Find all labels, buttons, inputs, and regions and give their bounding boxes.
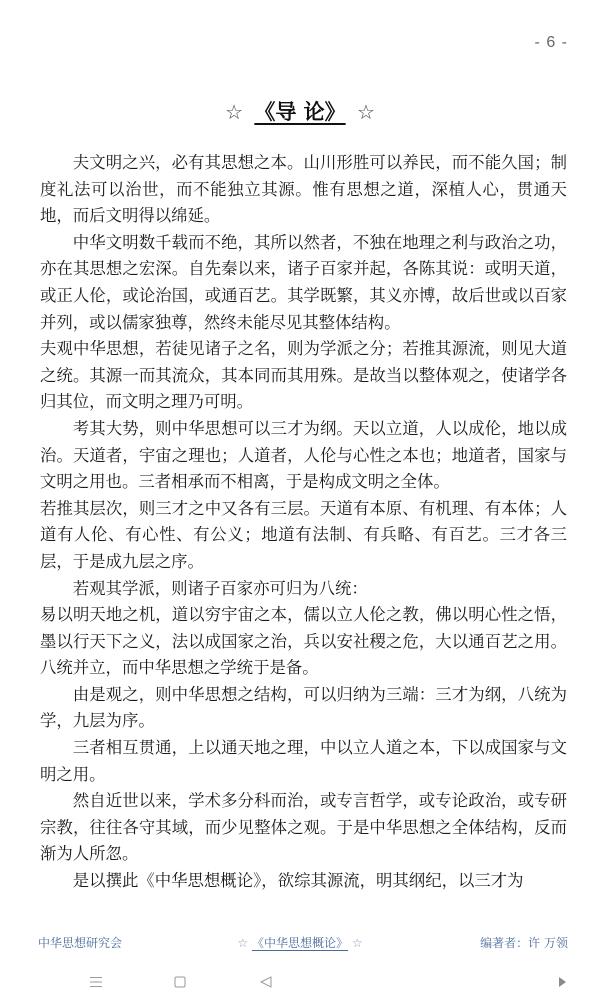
chapter-title-text: 《导 论》	[250, 100, 349, 124]
forward-button[interactable]	[552, 972, 572, 992]
star-icon: ☆	[237, 936, 248, 950]
page-number: - 6 -	[535, 34, 568, 52]
paragraph: 中华文明数千载而不绝，其所以然者，不独在地理之利与政治之功，亦在其思想之宏深。自…	[40, 230, 567, 336]
paragraph: 是以撰此《中华思想概论》，欲综其源流，明其纲纪，以三才为	[40, 868, 567, 895]
menu-icon	[89, 976, 103, 988]
paragraph: 夫观中华思想，若徒见诸子之名，则为学派之分；若推其源流，则见大道之统。其源一而其…	[40, 336, 567, 416]
back-button[interactable]	[256, 972, 276, 992]
menu-button[interactable]	[86, 972, 106, 992]
triangle-left-icon	[260, 976, 272, 988]
system-navigation-bar	[0, 968, 600, 996]
paragraph: 若推其层次，则三才之中又各有三层。天道有本原、有机理、有本体；人道有人伦、有心性…	[40, 496, 567, 576]
page-footer: 中华思想研究会 ☆ 《中华思想概论》 ☆ 编著者：许 万领	[0, 934, 600, 954]
play-icon	[557, 976, 567, 988]
star-icon: ☆	[352, 936, 363, 950]
paragraph: 夫文明之兴，必有其思想之本。山川形胜可以养民，而不能久国；制度礼法可以治世，而不…	[40, 150, 567, 230]
square-icon	[174, 976, 186, 988]
star-icon: ☆	[225, 100, 243, 124]
paragraph: 若观其学派，则诸子百家亦可归为八统：	[40, 576, 567, 603]
body-text: 夫文明之兴，必有其思想之本。山川形胜可以养民，而不能久国；制度礼法可以治世，而不…	[40, 150, 567, 895]
paragraph: 然自近世以来，学术多分科而治，或专言哲学，或专论政治，或专研宗教，往往各守其域，…	[40, 788, 567, 868]
paragraph: 易以明天地之机，道以穷宇宙之本，儒以立人伦之教，佛以明心性之悟，墨以行天下之义，…	[40, 602, 567, 682]
paragraph: 考其大势，则中华思想可以三才为纲。天以立道，人以成伦，地以成治。天道者，宇宙之理…	[40, 416, 567, 496]
paragraph: 由是观之，则中华思想之结构，可以归纳为三端：三才为纲，八统为学，九层为序。	[40, 682, 567, 735]
home-button[interactable]	[170, 972, 190, 992]
footer-author: 编著者：许 万领	[480, 934, 568, 951]
star-icon: ☆	[357, 100, 375, 124]
chapter-title: ☆ 《导 论》 ☆	[0, 96, 600, 126]
paragraph: 三者相互贯通，上以通天地之理，中以立人道之本，下以成国家与文明之用。	[40, 735, 567, 788]
footer-book-link[interactable]: 《中华思想概论》	[252, 936, 348, 950]
